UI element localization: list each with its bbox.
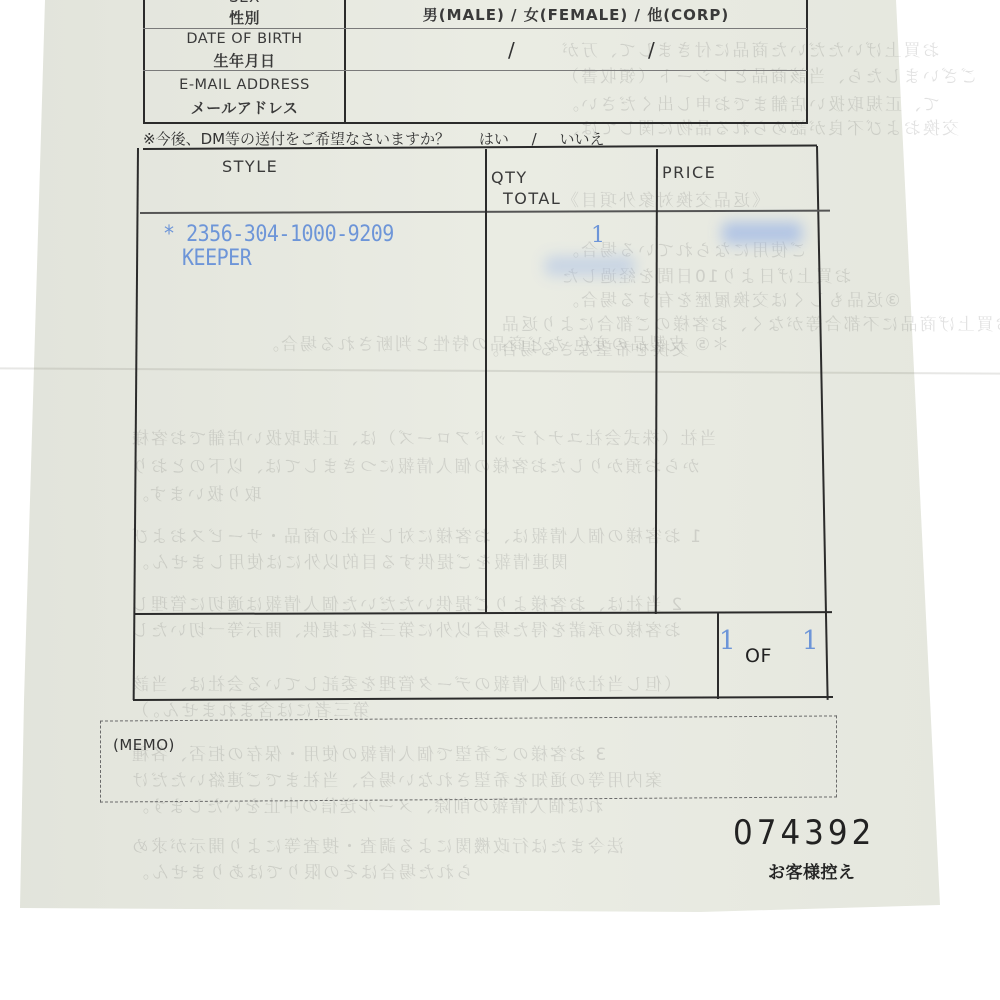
dob-separator-1: /: [508, 38, 515, 62]
qty-value: 1: [591, 223, 605, 248]
dob-label-ja: 生年月日: [145, 50, 344, 71]
dob-label-en: DATE OF BIRTH: [145, 31, 344, 47]
sex-label-ja: 性別: [145, 7, 344, 28]
sex-label-en: SEX: [145, 0, 344, 6]
page-total: 1: [802, 626, 819, 656]
receipt-number: 074392: [733, 813, 875, 853]
price-column-header: PRICE: [662, 163, 716, 182]
page-current: 1: [719, 626, 736, 656]
email-field[interactable]: [346, 71, 806, 122]
qty-column-header: QTY: [491, 168, 528, 187]
redacted-mark: [545, 256, 635, 276]
style-code: * 2356-304-1000-9209: [163, 220, 394, 247]
email-label-en: E-MAIL ADDRESS: [145, 77, 344, 93]
page-of-label: OF: [745, 645, 772, 667]
price-redacted: [722, 222, 802, 244]
dm-question-text: ※今後、DM等の送付をご希望なさいますか？: [143, 130, 450, 148]
customer-copy-label: お客様控え: [768, 858, 856, 883]
dob-separator-2: /: [648, 38, 655, 62]
style-name: KEEPER: [182, 244, 251, 271]
sex-options[interactable]: 男(MALE) / 女(FEMALE) / 他(CORP): [346, 4, 806, 25]
total-column-header: TOTAL: [503, 189, 561, 208]
memo-label: (MEMO): [113, 736, 175, 754]
email-label-ja: メールアドレス: [145, 97, 344, 118]
memo-box[interactable]: [100, 715, 837, 802]
dob-field[interactable]: / /: [346, 30, 806, 70]
style-column-header: STYLE: [222, 157, 278, 176]
